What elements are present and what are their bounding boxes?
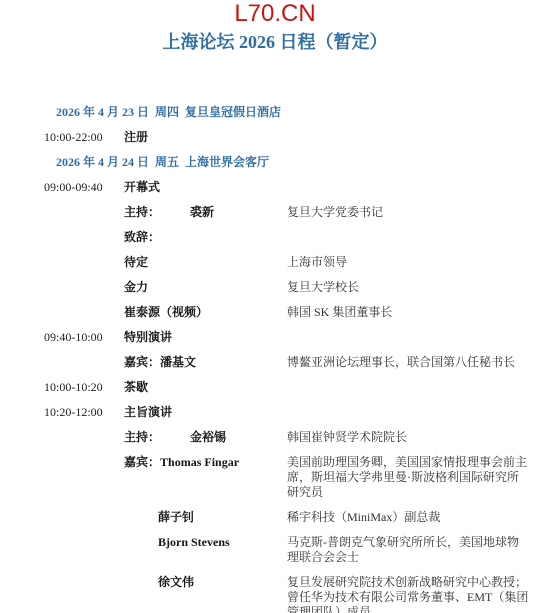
speaker-desc: 马克斯-普朗克气象研究所所长，美国地球物理联合会会士	[287, 535, 529, 565]
role-label: 主持：	[124, 430, 190, 445]
detail-row: 嘉宾：潘基文 博鳌亚洲论坛理事长，联合国第八任秘书长	[44, 355, 532, 370]
speaker-name: Thomas Fingar	[160, 455, 239, 469]
session-time: 09:00-09:40	[44, 180, 124, 195]
session-row: 09:00-09:40 开幕式	[44, 180, 532, 195]
detail-row: 嘉宾：Thomas Fingar 美国前助理国务卿，美国国家情报理事会前主席，斯…	[44, 455, 532, 500]
session-row: 10:00-10:20 茶歇	[44, 380, 532, 395]
role-label: 致辞：	[124, 230, 287, 245]
speaker-name: 待定	[124, 255, 287, 270]
guest-label-name: 嘉宾：Thomas Fingar	[124, 455, 287, 470]
detail-row: 待定 上海市领导	[44, 255, 532, 270]
detail-row: 崔泰源（视频） 韩国 SK 集团董事长	[44, 305, 532, 320]
speaker-desc: 美国前助理国务卿，美国国家情报理事会前主席，斯坦福大学弗里曼·斯波格利国际研究所…	[287, 455, 529, 500]
session-row: 10:00-22:00 注册	[44, 130, 532, 145]
speaker-desc: 韩国 SK 集团董事长	[287, 305, 529, 320]
speaker-desc: 稀宇科技（MiniMax）副总裁	[287, 510, 529, 525]
schedule: 2026 年 4 月 23 日 周四 复旦皇冠假日酒店 10:00-22:00 …	[0, 105, 550, 613]
speaker-name: 裘新	[190, 205, 214, 219]
detail-row: 主持：金裕锡 韩国崔钟贤学术院院长	[44, 430, 532, 445]
detail-row: 徐文伟 复旦发展研究院技术创新战略研究中心教授；曾任华为技术有限公司常务董事、E…	[44, 575, 532, 613]
session-title: 茶歇	[124, 380, 148, 395]
role-label: 嘉宾：	[124, 455, 160, 469]
speaker-name: Bjorn Stevens	[124, 535, 287, 550]
detail-row: 主持：裘新 复旦大学党委书记	[44, 205, 532, 220]
session-row: 09:40-10:00 特别演讲	[44, 330, 532, 345]
page-title: 上海论坛 2026 日程（暂定）	[0, 29, 550, 55]
session-title: 主旨演讲	[124, 405, 172, 420]
session-title: 开幕式	[124, 180, 160, 195]
session-time: 10:20-12:00	[44, 405, 124, 420]
detail-row: 薛子钊 稀宇科技（MiniMax）副总裁	[44, 510, 532, 525]
speaker-desc: 复旦大学党委书记	[287, 205, 529, 220]
guest-label-name: 嘉宾：潘基文	[124, 355, 287, 370]
speaker-desc: 韩国崔钟贤学术院院长	[287, 430, 529, 445]
session-title: 注册	[124, 130, 148, 145]
watermark-text: L70.CN	[0, 1, 550, 27]
detail-label-name: 主持：金裕锡	[124, 430, 287, 445]
session-title: 特别演讲	[124, 330, 172, 345]
detail-label-name: 主持：裘新	[124, 205, 287, 220]
speaker-name: 薛子钊	[124, 510, 287, 525]
speaker-desc: 复旦发展研究院技术创新战略研究中心教授；曾任华为技术有限公司常务董事、EMT（集…	[287, 575, 529, 613]
session-time: 09:40-10:00	[44, 330, 124, 345]
date-header: 2026 年 4 月 24 日 周五 上海世界会客厅	[56, 155, 532, 170]
date-header: 2026 年 4 月 23 日 周四 复旦皇冠假日酒店	[56, 105, 532, 120]
session-time: 10:00-22:00	[44, 130, 124, 145]
speaker-name: 金裕锡	[190, 430, 226, 444]
detail-row: 致辞：	[44, 230, 532, 245]
speaker-name: 金力	[124, 280, 287, 295]
detail-row: 金力 复旦大学校长	[44, 280, 532, 295]
speaker-desc: 上海市领导	[287, 255, 529, 270]
speaker-desc: 博鳌亚洲论坛理事长，联合国第八任秘书长	[287, 355, 529, 370]
speaker-name: 徐文伟	[124, 575, 287, 590]
detail-row: Bjorn Stevens 马克斯-普朗克气象研究所所长，美国地球物理联合会会士	[44, 535, 532, 565]
role-label: 主持：	[124, 205, 190, 220]
speaker-name: 崔泰源（视频）	[124, 305, 287, 320]
session-time: 10:00-10:20	[44, 380, 124, 395]
speaker-desc: 复旦大学校长	[287, 280, 529, 295]
session-row: 10:20-12:00 主旨演讲	[44, 405, 532, 420]
